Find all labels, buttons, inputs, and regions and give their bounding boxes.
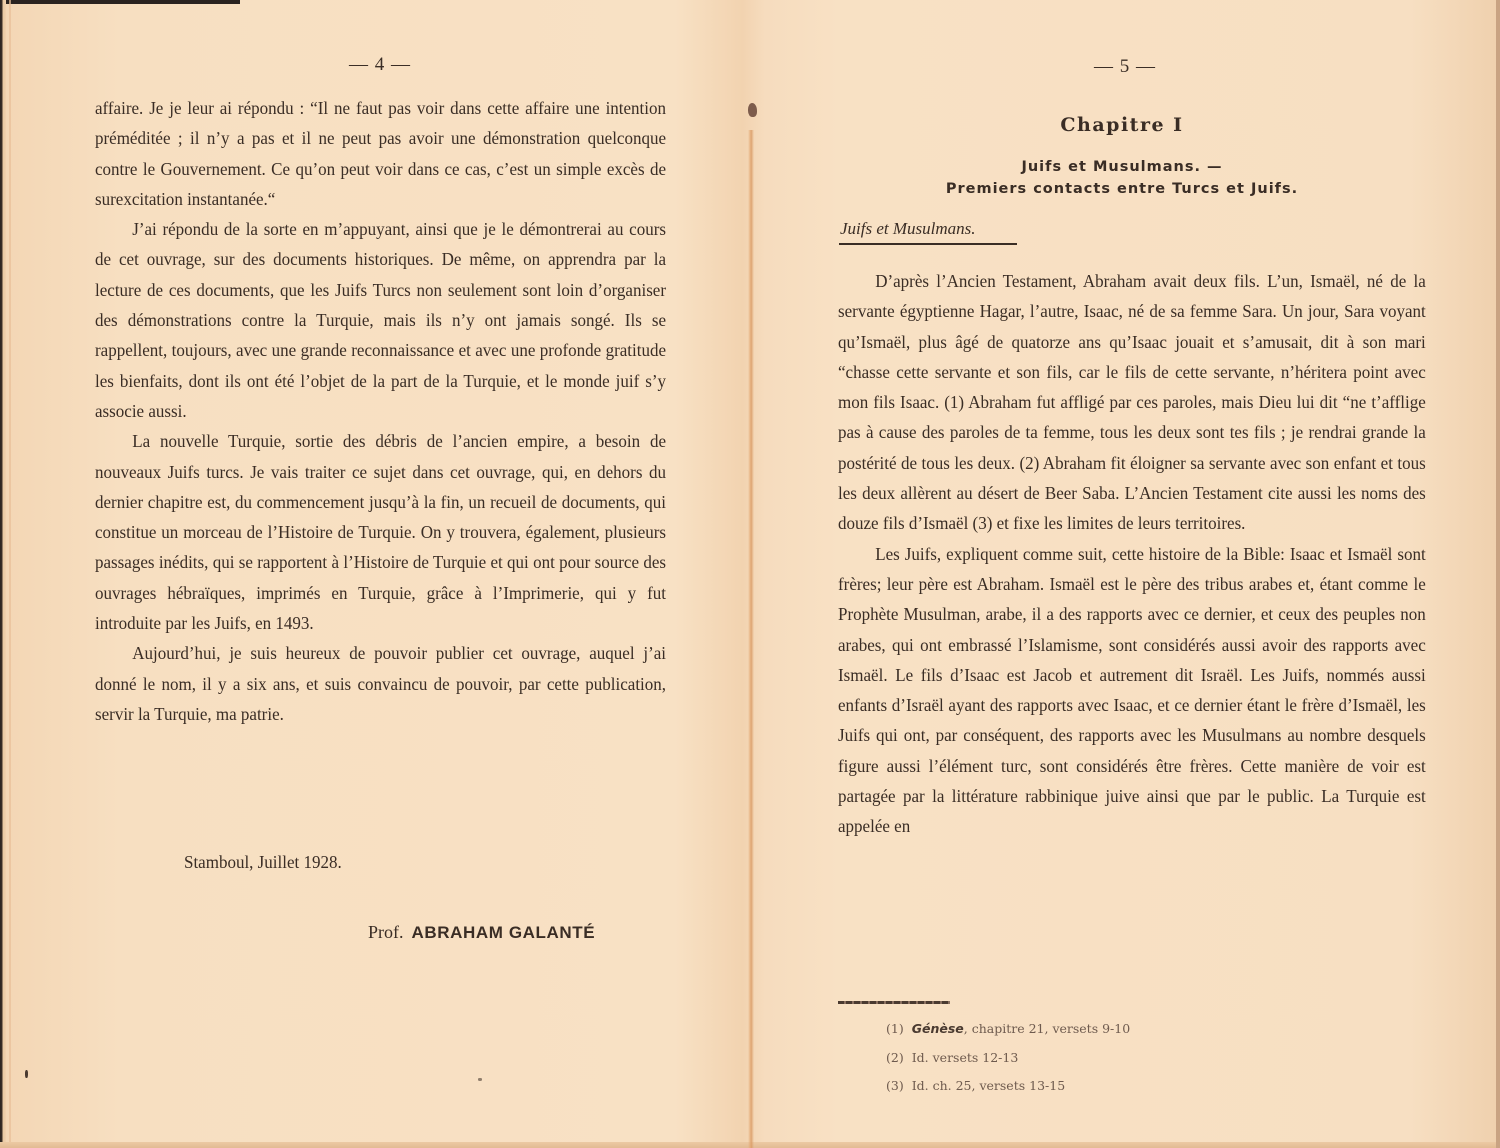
footnote-number: (1) (886, 1021, 904, 1036)
paragraph: Aujourd’hui, je suis heureux de pouvoir … (95, 638, 666, 729)
footnote-separator (838, 1001, 950, 1004)
chapter-subtitle: Juifs et Musulmans. — (754, 159, 1490, 175)
footnote: (2)Id. versets 12-13 (886, 1044, 1130, 1073)
footnote: (3)Id. ch. 25, versets 13-15 (886, 1072, 1130, 1101)
section-heading: Juifs et Musulmans. (840, 219, 976, 239)
footnote-text: Id. ch. 25, versets 13-15 (912, 1078, 1065, 1093)
right-page: — 5 — Chapitre I Juifs et Musulmans. — P… (754, 0, 1500, 1148)
right-page-body: D’après l’Ancien Testament, Abraham avai… (838, 266, 1426, 842)
footnote: (1)Génèse, chapitre 21, versets 9-10 (886, 1015, 1130, 1044)
chapter-subtitle: Premiers contacts entre Turcs et Juifs. (754, 181, 1490, 197)
footnote-text: , chapitre 21, versets 9-10 (964, 1021, 1130, 1036)
place-date: Stamboul, Juillet 1928. (184, 852, 342, 873)
book-spread: — 4 — affaire. Je je leur ai répondu : “… (0, 0, 1500, 1148)
left-page-body: affaire. Je je leur ai répondu : “Il ne … (95, 93, 666, 729)
left-page: — 4 — affaire. Je je leur ai répondu : “… (0, 0, 748, 1148)
paragraph: Les Juifs, expliquent comme suit, cette … (838, 539, 1426, 842)
chapter-title: Chapitre I (754, 114, 1490, 136)
footnote-number: (3) (886, 1078, 904, 1093)
paragraph: J’ai répondu de la sorte en m’appuyant, … (95, 214, 666, 426)
paragraph: D’après l’Ancien Testament, Abraham avai… (838, 266, 1426, 539)
signature-title: Prof. (368, 922, 404, 942)
page-number: — 4 — (349, 54, 411, 76)
author-signature: Prof.ABRAHAM GALANTÉ (368, 922, 595, 943)
footnote-text: Id. versets 12-13 (912, 1050, 1019, 1065)
paragraph: affaire. Je je leur ai répondu : “Il ne … (95, 93, 666, 214)
paragraph: La nouvelle Turquie, sortie des débris d… (95, 426, 666, 638)
footnotes: (1)Génèse, chapitre 21, versets 9-10 (2)… (886, 1015, 1130, 1101)
section-underline (839, 243, 1017, 245)
signature-name: ABRAHAM GALANTÉ (412, 923, 596, 942)
page-number: — 5 — (1094, 56, 1156, 78)
footnote-number: (2) (886, 1050, 904, 1065)
footnote-source: Génèse (912, 1021, 964, 1036)
